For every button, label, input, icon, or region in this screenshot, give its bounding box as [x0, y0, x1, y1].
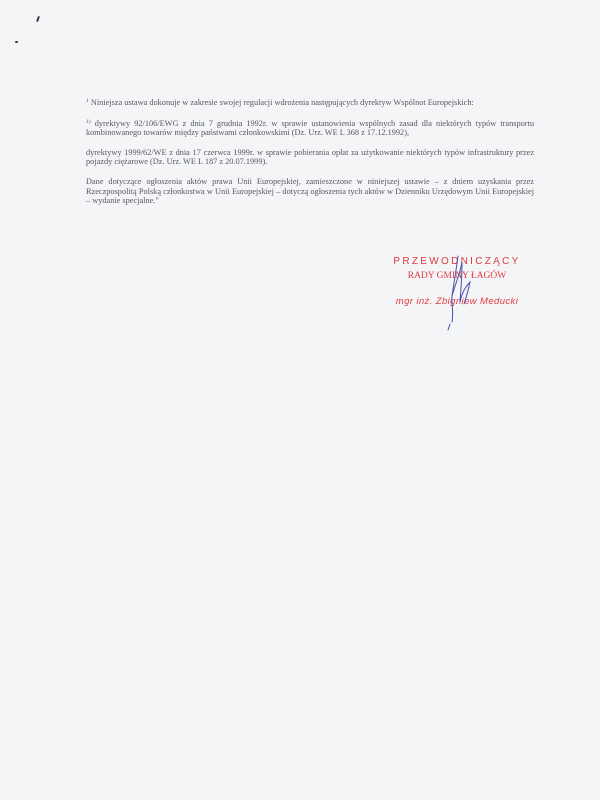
scan-speck [36, 16, 40, 22]
footnote-text: Niniejsza ustawa dokonuje w zakresie swo… [91, 98, 474, 107]
footnote-directive-1999: dyrektywy 1999/62/WE z dnia 17 czerwca 1… [86, 148, 534, 167]
footnote-directive-1992: 1) dyrektywy 92/106/EWG z dnia 7 grudnia… [86, 118, 534, 138]
footnote-intro: 1 Niniejsza ustawa dokonuje w zakresie s… [86, 97, 534, 108]
footnote-text: Dane dotyczące ogłoszenia aktów prawa Un… [86, 177, 534, 205]
footnote-marker: 1 [86, 98, 89, 104]
footnote-text: dyrektywy 1999/62/WE z dnia 17 czerwca 1… [86, 148, 534, 167]
footnote-text: dyrektywy 92/106/EWG z dnia 7 grudnia 19… [86, 119, 534, 138]
handwritten-signature [440, 252, 480, 332]
footnotes-section: 1 Niniejsza ustawa dokonuje w zakresie s… [86, 97, 534, 216]
footnote-publication-note: Dane dotyczące ogłoszenia aktów prawa Un… [86, 177, 534, 206]
footnote-marker: 1) [86, 119, 91, 125]
scan-speck [15, 41, 18, 43]
